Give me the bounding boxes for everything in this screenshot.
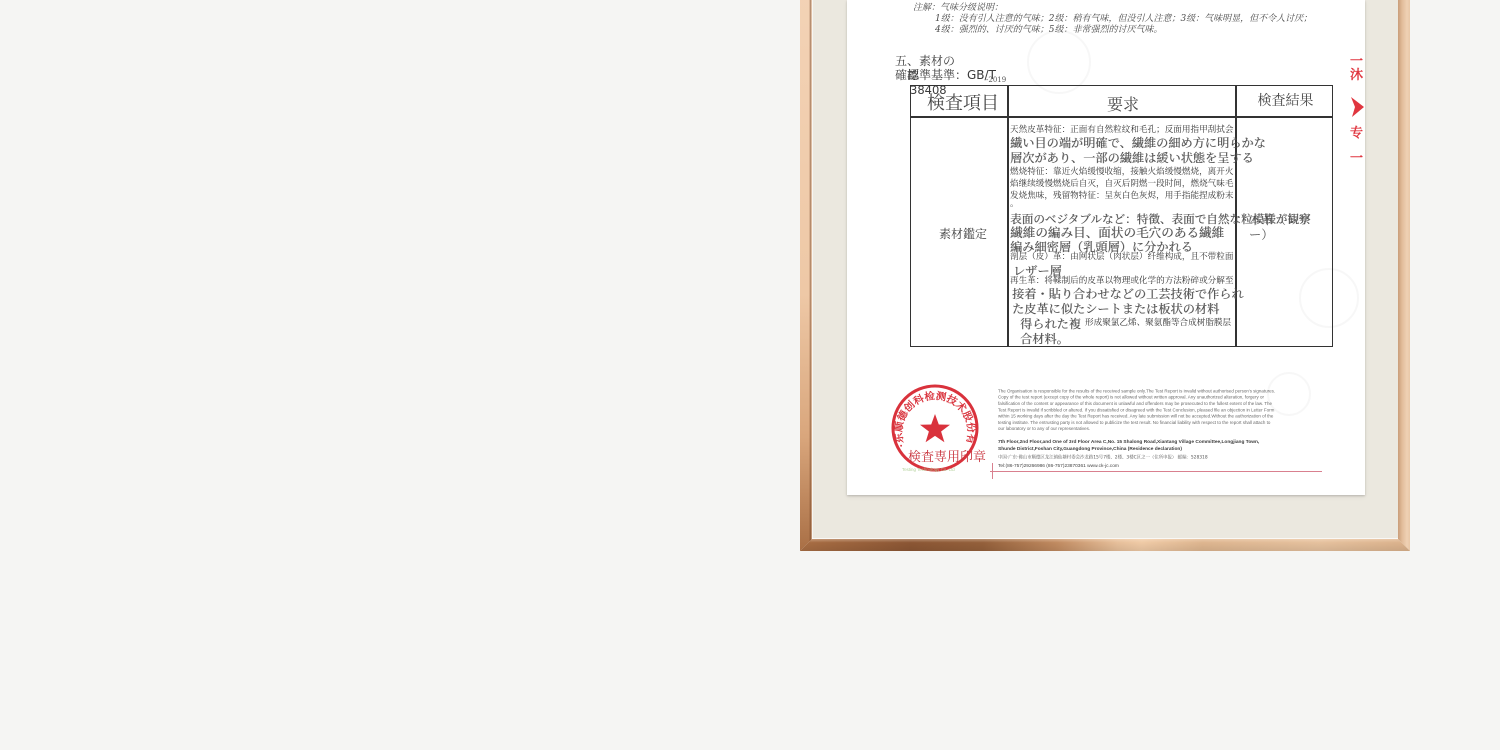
section-heading: 五、素材の (895, 54, 955, 68)
footer-red-tick (992, 463, 993, 479)
disclaimer-line: falsification of the content or appearan… (998, 401, 1320, 407)
requirement-translation-line: 編み細密層（乳頭層）に分かれる (1010, 240, 1193, 254)
table-header-requirement: 要求 (1009, 96, 1237, 114)
edge-seal-glyph: 一 (1350, 55, 1363, 68)
test-report-document: 注解：气味分级说明： 1级：没有引人注意的气味；2级：稍有气味，但没引人注意；3… (847, 0, 1365, 495)
address-line: Shunde District,Foshan City,Guangdong Pr… (998, 445, 1259, 451)
requirement-original-line: 燃烧特征：靠近火焰缓慢收缩，接触火焰缓慢燃烧，离开火 (1010, 167, 1233, 177)
footer-red-rule (990, 471, 1322, 472)
requirement-original-line: 天然皮革特征：正面有自然粒纹和毛孔；反面用指甲刮拭会 (1010, 125, 1233, 135)
requirement-translation-line: た皮革に似たシートまたは板状の材料 (1012, 302, 1219, 316)
table-row-item: 素材鑑定 (911, 227, 1015, 241)
requirement-translation-line: 繊い目の端が明確で、繊維の細め方に明らかな (1010, 136, 1266, 150)
table-column-divider (1007, 86, 1009, 346)
odor-notes-title: 注解：气味分级说明： (913, 3, 1003, 14)
edge-seal-glyph: 一 (1350, 152, 1363, 165)
requirement-translation-line: 接着・貼り合わせなどの工芸技術で作られ (1012, 287, 1244, 301)
requirement-original-line: 。 (1010, 199, 1019, 209)
disclaimer-line: Test Report is invalid if scribbled or a… (998, 407, 1320, 413)
standard-label: 標準基準：GB/T (907, 68, 996, 82)
requirement-original-line: 形成聚氯乙烯、聚氨酯等合成树脂膜层 (1085, 318, 1231, 328)
requirement-translation-line: レザー層 (1013, 264, 1062, 278)
contact-line: Tel:(86-757)29266986 (86-757)23870361 ww… (998, 463, 1119, 468)
edge-seal-glyph: 沐 (1350, 69, 1363, 82)
table-header-divider (911, 116, 1332, 118)
svg-text:·东顺德创科检测技术股份有限公司: ·东顺德创科检测技术股份有限公司 (885, 378, 978, 449)
requirement-original-line: 发烧焦味，残留物特征：呈灰白色灰烬，用手指能捏成粉末 (1010, 191, 1233, 201)
table-header-item: 検査項目 (911, 94, 1015, 114)
address-block: 7th Floor,2nd Floor,and One of 3rd Floor… (998, 439, 1259, 452)
requirement-original-line: 焰继续缓慢燃烧后自灭，自灭后阴燃一段时间，燃烧气味毛 (1010, 179, 1233, 189)
frame-right-edge (1398, 0, 1410, 551)
stamp-label: 検査専用印章 (908, 450, 986, 465)
requirement-translation-line: 層次があり、一部の繊維は緩い状態を呈する (1010, 151, 1254, 165)
edge-seal-glyph: 专 (1350, 127, 1363, 140)
table-row-result: 本革（レザー） (1249, 213, 1315, 243)
disclaimer-block: The Organisation is responsible for the … (998, 388, 1320, 432)
requirement-translation-line: 得られた複 (1020, 317, 1081, 331)
standard-year-fragment: -2019 (986, 76, 1006, 84)
seal-english-name: Testing Technology Co. Ltd (902, 467, 955, 472)
odor-notes-line: 4级：强烈的、讨厌的气味；5级：非常强烈的讨厌气味。 (935, 25, 1162, 36)
requirement-translation-line: 合材料。 (1020, 332, 1069, 346)
table-header-result: 検査結果 (1237, 93, 1334, 109)
edge-seal-star-icon (1349, 96, 1365, 118)
frame-bottom-edge (800, 539, 1410, 551)
seal-ring-text: ·东顺德创科检测技术股份有限公司 (885, 378, 978, 449)
disclaimer-line: our laboratory or to any of our represen… (998, 426, 1320, 432)
address-line: 7th Floor,2nd Floor,and One of 3rd Floor… (998, 439, 1259, 445)
address-chinese: 中国·广东·佛山市顺德区龙江镇仙塘村委会沙龙路15号7楼、2楼、3楼C区之一（住… (998, 454, 1208, 460)
requirement-translation-line: 繊維の編み目、面状の毛穴のある繊維 (1010, 226, 1224, 240)
odor-notes-line: 1级：没有引人注意的气味；2级：稍有气味，但没引人注意；3级：气味明显，但不令人… (935, 14, 1312, 25)
frame-left-edge (800, 0, 812, 551)
